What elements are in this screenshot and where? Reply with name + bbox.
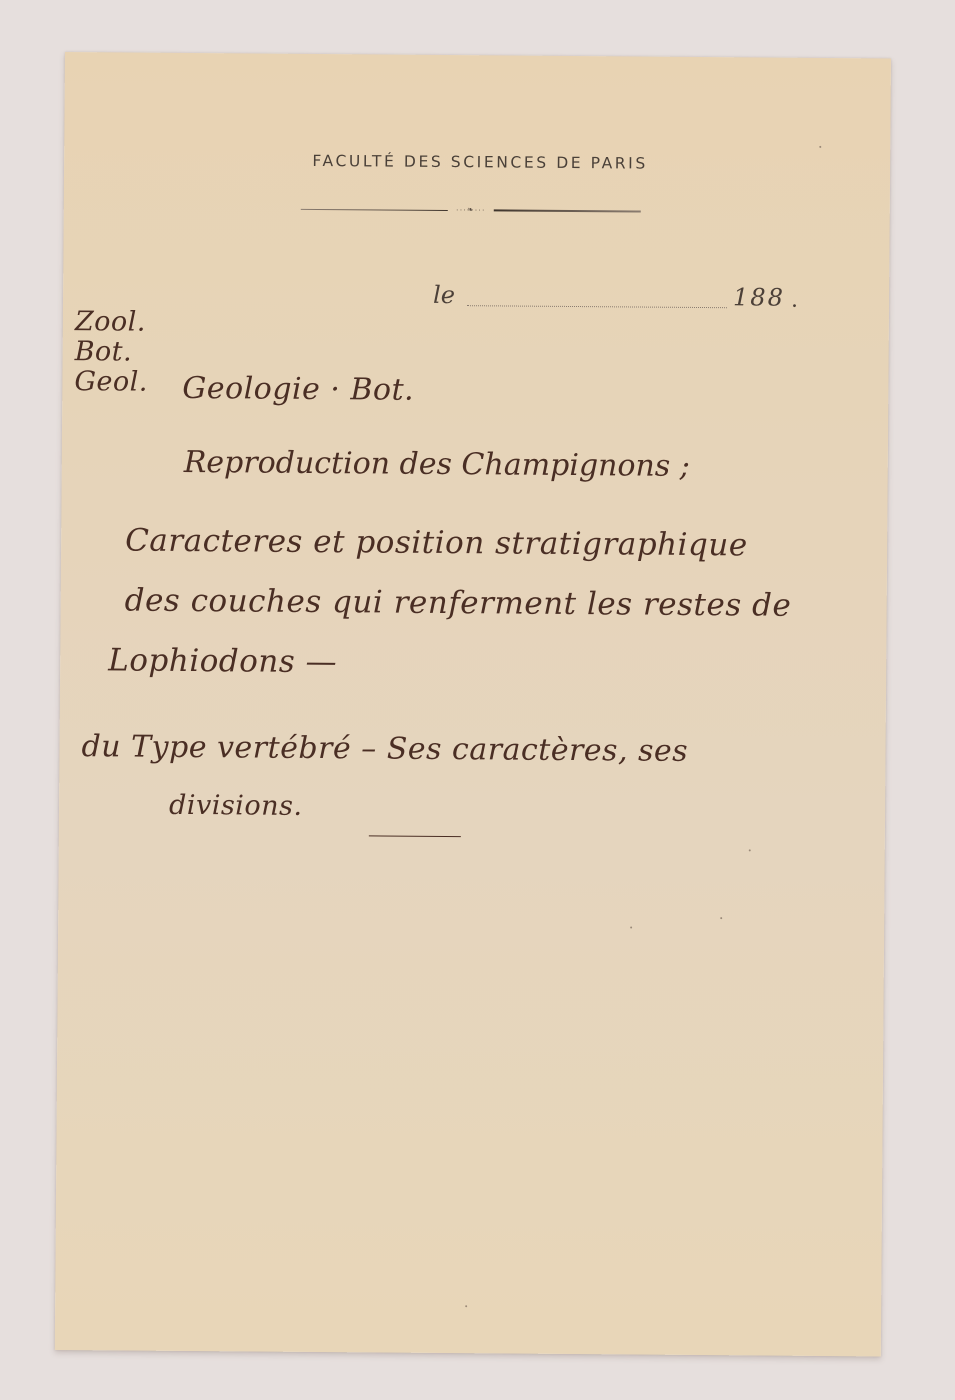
date-prefix: le xyxy=(433,281,455,309)
margin-note-zool: Zool. xyxy=(75,307,149,338)
letterhead-title: FACULTÉ DES SCIENCES DE PARIS xyxy=(64,150,890,174)
ornament-rule-left xyxy=(301,208,448,210)
paper-speck xyxy=(465,1305,467,1307)
date-line: le 188 . xyxy=(433,281,833,314)
paper-speck xyxy=(749,849,751,851)
margin-note-geol: Geol. xyxy=(74,367,148,398)
date-year: 188 xyxy=(733,283,785,311)
ornament-rule-right xyxy=(494,210,641,213)
paper-speck xyxy=(720,917,722,919)
handwritten-line-type-vertebre: du Type vertébré – Ses caractères, ses xyxy=(81,729,688,769)
handwritten-line-reproduction: Reproduction des Champignons ; xyxy=(184,445,690,484)
letterhead-ornament-rule: ···❧··· xyxy=(301,206,641,215)
handwritten-line-divisions: divisions. xyxy=(169,790,303,822)
margin-note-bot: Bot. xyxy=(75,337,149,368)
paper-speck xyxy=(630,926,632,928)
date-blank-field xyxy=(467,305,727,308)
handwritten-line-caracteres: Caracteres et position stratigraphique xyxy=(125,522,748,563)
date-suffix: . xyxy=(791,288,798,313)
handwritten-line-lophiodons: Lophiodons — xyxy=(108,642,337,680)
margin-notes: Zool. Bot. Geol. xyxy=(74,307,148,398)
handwritten-line-couches: des couches qui renferment les restes de xyxy=(125,582,792,623)
letter-sheet: FACULTÉ DES SCIENCES DE PARIS ···❧··· le… xyxy=(55,52,891,1356)
handwritten-heading: Geologie · Bot. xyxy=(182,371,414,408)
ornament-flourish-icon: ···❧··· xyxy=(448,207,494,213)
paper-speck xyxy=(819,146,821,148)
closing-rule xyxy=(369,835,461,837)
